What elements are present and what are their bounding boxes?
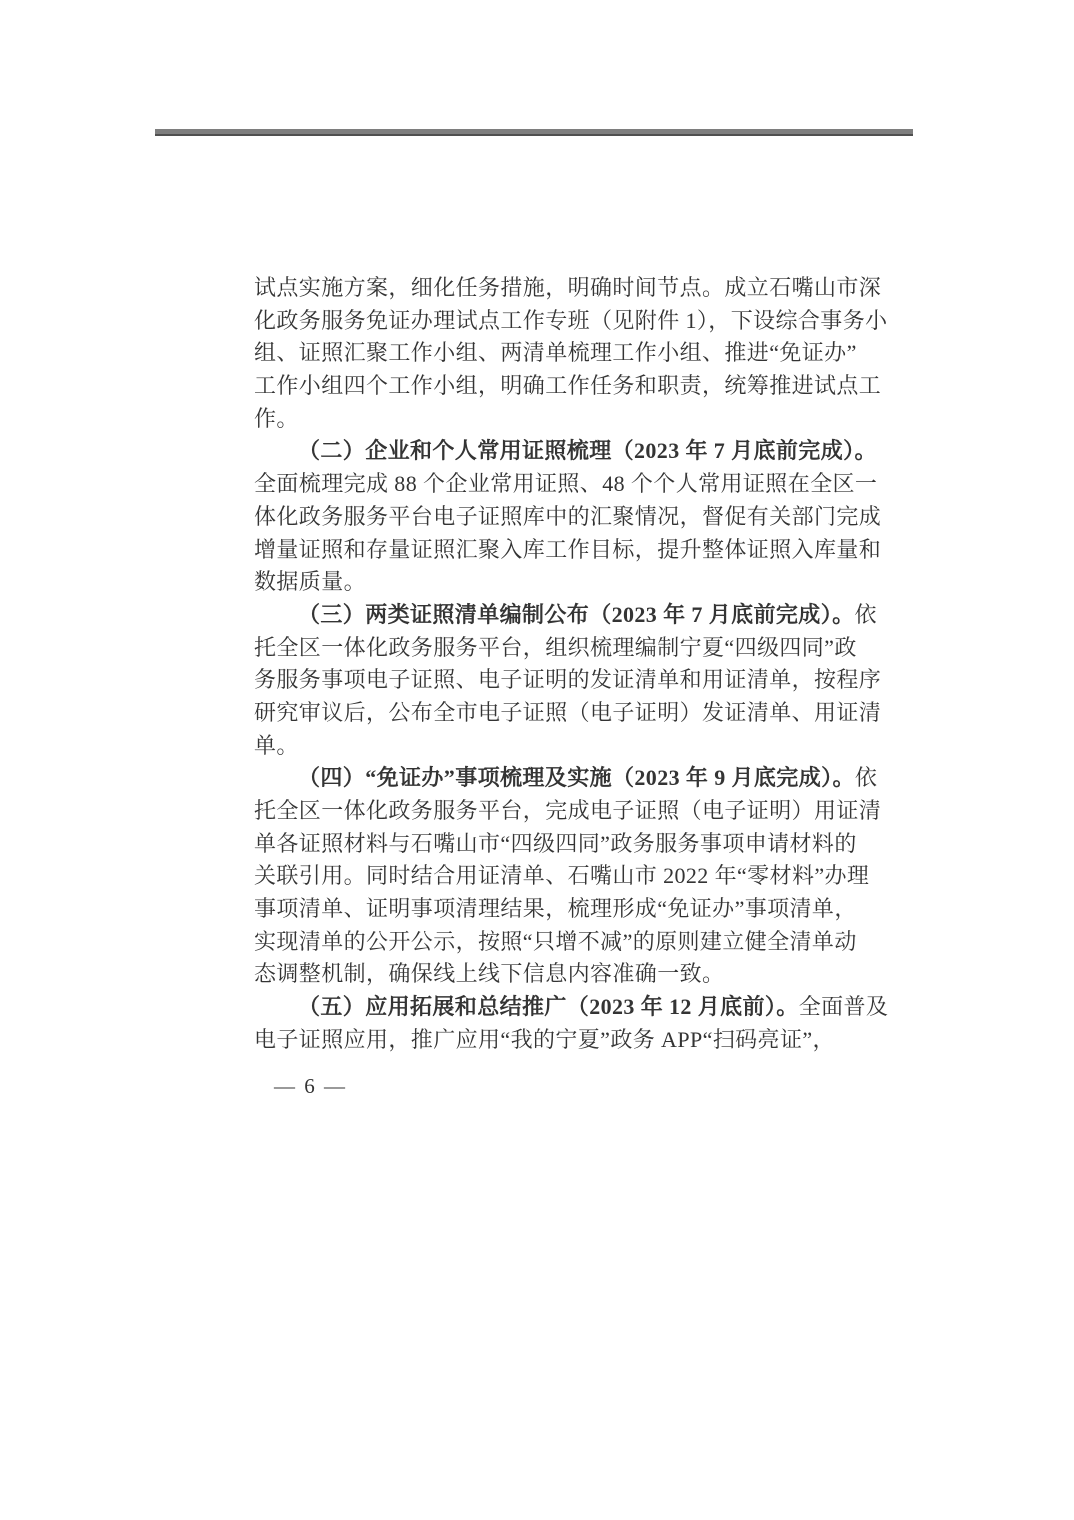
text-segment: 全面梳理完成 88 个企业常用证照、48 个个人常用证照在全区一	[254, 471, 877, 496]
text-segment: 作。	[254, 406, 299, 431]
text-line: 增量证照和存量证照汇聚入库工作目标，提升整体证照入库量和	[254, 534, 874, 567]
text-segment: 电子证照应用，推广应用“我的宁夏”政务 APP“扫码亮证”，	[254, 1027, 835, 1052]
paragraph: （二）企业和个人常用证照梳理（2023 年 7 月底前完成）。 全面梳理完成 8…	[254, 435, 874, 598]
text-segment: 实现清单的公开公示，按照“只增不减”的原则建立健全清单动	[254, 929, 857, 954]
text-segment: 工作小组四个工作小组，明确工作任务和职责，统筹推进试点工	[254, 373, 881, 398]
text-segment: 依	[855, 602, 877, 627]
header-rule	[155, 129, 913, 136]
text-segment: 试点实施方案，细化任务措施，明确时间节点。成立石嘴山市深	[254, 275, 881, 300]
text-segment: 单各证照材料与石嘴山市“四级四同”政务服务事项申请材料的	[254, 831, 857, 856]
text-line: 试点实施方案，细化任务措施，明确时间节点。成立石嘴山市深	[254, 272, 874, 305]
text-segment: 研究审议后，公布全市电子证照（电子证明）发证清单、用证清	[254, 700, 881, 725]
bold-segment: （三）两类证照清单编制公布（2023 年 7 月底前完成）。	[298, 602, 855, 627]
text-line: 态调整机制，确保线上线下信息内容准确一致。	[254, 958, 874, 991]
paragraph: （四）“免证办”事项梳理及实施（2023 年 9 月底完成）。依 托全区一体化政…	[254, 762, 874, 991]
text-line: 关联引用。同时结合用证清单、石嘴山市 2022 年“零材料”办理	[254, 860, 874, 893]
text-line: 务服务事项电子证照、电子证明的发证清单和用证清单，按程序	[254, 664, 874, 697]
text-line: 体化政务服务平台电子证照库中的汇聚情况，督促有关部门完成	[254, 501, 874, 534]
text-line: 组、证照汇聚工作小组、两清单梳理工作小组、推进“免证办”	[254, 337, 874, 370]
text-line: 数据质量。	[254, 566, 874, 599]
text-line: 工作小组四个工作小组，明确工作任务和职责，统筹推进试点工	[254, 370, 874, 403]
text-line: 实现清单的公开公示，按照“只增不减”的原则建立健全清单动	[254, 926, 874, 959]
text-segment: 全面普及	[799, 994, 889, 1019]
text-line: 单各证照材料与石嘴山市“四级四同”政务服务事项申请材料的	[254, 828, 874, 861]
text-line: 全面梳理完成 88 个企业常用证照、48 个个人常用证照在全区一	[254, 468, 874, 501]
text-segment: 托全区一体化政务服务平台，组织梳理编制宁夏“四级四同”政	[254, 635, 857, 660]
section-heading-line: （五）应用拓展和总结推广（2023 年 12 月底前）。全面普及	[254, 991, 874, 1024]
paragraph: （五）应用拓展和总结推广（2023 年 12 月底前）。全面普及 电子证照应用，…	[254, 991, 874, 1056]
text-segment: 单。	[254, 733, 299, 758]
document-page: 试点实施方案，细化任务措施，明确时间节点。成立石嘴山市深 化政务服务免证办理试点…	[0, 0, 1074, 1520]
text-line: 化政务服务免证办理试点工作专班（见附件 1），下设综合事务小	[254, 305, 874, 338]
paragraph: （三）两类证照清单编制公布（2023 年 7 月底前完成）。依 托全区一体化政务…	[254, 599, 874, 762]
section-heading-line: （四）“免证办”事项梳理及实施（2023 年 9 月底完成）。依	[254, 762, 874, 795]
text-line: 作。	[254, 403, 874, 436]
text-segment: 务服务事项电子证照、电子证明的发证清单和用证清单，按程序	[254, 667, 881, 692]
text-segment: 态调整机制，确保线上线下信息内容准确一致。	[254, 961, 724, 986]
text-segment: 增量证照和存量证照汇聚入库工作目标，提升整体证照入库量和	[254, 537, 881, 562]
text-line: 托全区一体化政务服务平台，完成电子证照（电子证明）用证清	[254, 795, 874, 828]
text-line: 单。	[254, 730, 874, 763]
text-segment: 关联引用。同时结合用证清单、石嘴山市 2022 年“零材料”办理	[254, 863, 869, 888]
text-line: 电子证照应用，推广应用“我的宁夏”政务 APP“扫码亮证”，	[254, 1024, 874, 1057]
text-segment: 组、证照汇聚工作小组、两清单梳理工作小组、推进“免证办”	[254, 340, 857, 365]
text-line: 托全区一体化政务服务平台，组织梳理编制宁夏“四级四同”政	[254, 632, 874, 665]
bold-segment: （二）企业和个人常用证照梳理（2023 年 7 月底前完成）。	[298, 438, 877, 463]
page-number: — 6 —	[274, 1074, 347, 1098]
text-line: 研究审议后，公布全市电子证照（电子证明）发证清单、用证清	[254, 697, 874, 730]
bold-segment: （五）应用拓展和总结推广（2023 年 12 月底前）。	[298, 994, 799, 1019]
document-body: 试点实施方案，细化任务措施，明确时间节点。成立石嘴山市深 化政务服务免证办理试点…	[254, 272, 874, 1057]
text-segment: 依	[855, 765, 877, 790]
text-segment: 化政务服务免证办理试点工作专班（见附件 1），下设综合事务小	[254, 308, 888, 333]
text-segment: 托全区一体化政务服务平台，完成电子证照（电子证明）用证清	[254, 798, 881, 823]
paragraph: 试点实施方案，细化任务措施，明确时间节点。成立石嘴山市深 化政务服务免证办理试点…	[254, 272, 874, 435]
text-segment: 数据质量。	[254, 569, 366, 594]
bold-segment: （四）“免证办”事项梳理及实施（2023 年 9 月底完成）。	[298, 765, 855, 790]
section-heading-line: （二）企业和个人常用证照梳理（2023 年 7 月底前完成）。	[254, 435, 874, 468]
text-segment: 体化政务服务平台电子证照库中的汇聚情况，督促有关部门完成	[254, 504, 881, 529]
text-segment: 事项清单、证明事项清理结果，梳理形成“免证办”事项清单，	[254, 896, 857, 921]
text-line: 事项清单、证明事项清理结果，梳理形成“免证办”事项清单，	[254, 893, 874, 926]
section-heading-line: （三）两类证照清单编制公布（2023 年 7 月底前完成）。依	[254, 599, 874, 632]
